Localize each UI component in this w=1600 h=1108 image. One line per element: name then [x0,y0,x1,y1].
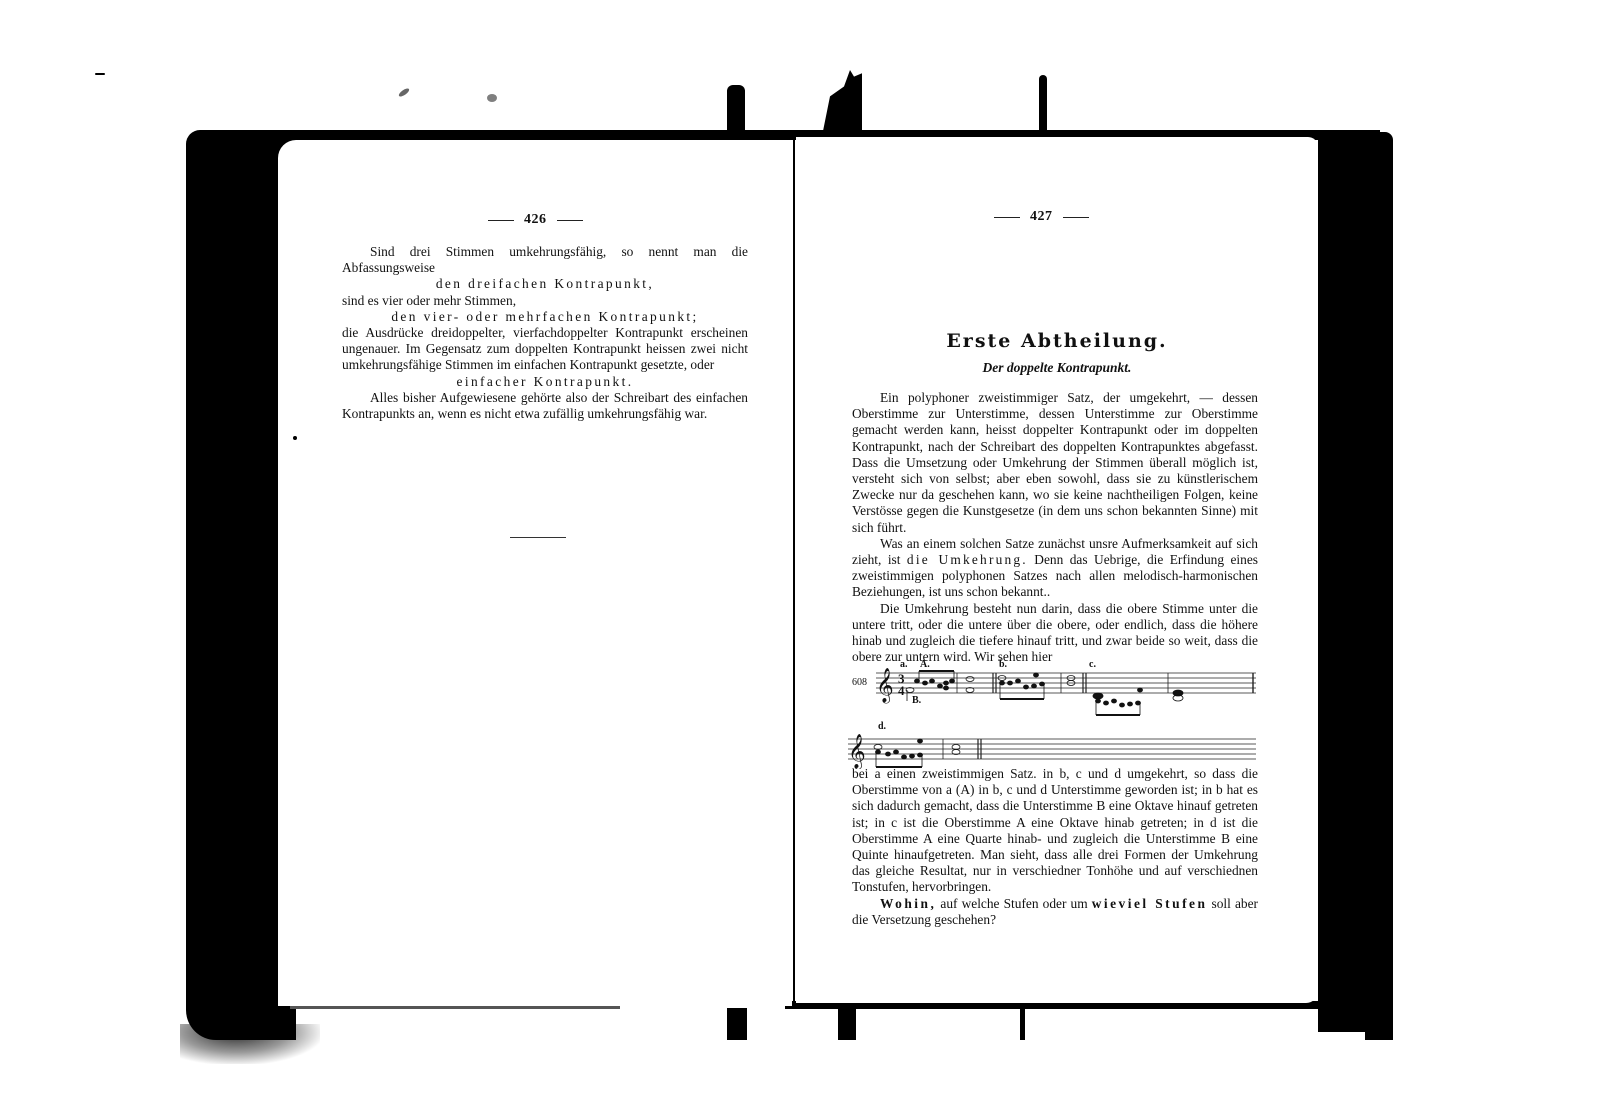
page-clip [1020,1008,1025,1040]
example-label-b: b. [999,659,1007,670]
emphasized-term: wieviel Stufen [1092,896,1208,911]
paragraph: Was an einem solchen Satze zunächst unsr… [852,536,1258,601]
paragraph: bei a einen zweistimmigen Satz. in b, c … [852,766,1258,896]
right-page-body-bottom: bei a einen zweistimmigen Satz. in b, c … [852,766,1258,928]
example-label-c: c. [1089,659,1096,670]
svg-text:4: 4 [898,683,905,698]
svg-text:𝄞: 𝄞 [876,668,894,704]
term-centered: den vier- oder mehrfachen Kontrapunkt; [342,309,748,325]
example-label-a: a. [900,659,908,670]
page-clip [727,1008,747,1040]
margin-mark [293,436,297,440]
emphasized-term: die Umkehrung. [907,552,1028,567]
example-label-A: A. [920,659,930,670]
page-clip [727,85,745,135]
paragraph: Ein polyphoner zweistimmiger Satz, der u… [852,390,1258,536]
page-number-dash [488,220,514,221]
book-spine [793,140,795,1006]
paragraph: sind es vier oder mehr Stimmen, [342,293,748,309]
example-label-d: d. [878,721,886,732]
scan-frame-right [1318,132,1393,1032]
emphasized-term: Wohin, [880,896,936,911]
page-clip [822,70,862,136]
scan-speck [487,94,497,102]
page-number-text: 426 [524,212,547,228]
music-notation: 𝄞 𝄞 3 4 [848,659,1262,769]
term-centered: den dreifachen Kontrapunkt, [342,276,748,292]
paragraph-text: auf welche Stufen oder um [936,896,1091,911]
paragraph: Wohin, auf welche Stufen oder um wieviel… [852,896,1258,928]
page-number: 426 [488,212,583,228]
page-right: 427 Erste Abtheilung. Der doppelte Kontr… [796,137,1318,1003]
paragraph: die Ausdrücke dreidoppelter, vierfachdop… [342,325,748,374]
term-centered: einfacher Kontrapunkt. [342,374,748,390]
example-label-B: B. [912,695,921,706]
paragraph: Sind drei Stimmen umkehrungsfähig, so ne… [342,244,748,276]
page-number-dash [994,217,1020,218]
page-clip [1365,1005,1393,1040]
section-divider [510,537,566,538]
left-page-body: Sind drei Stimmen umkehrungsfähig, so ne… [342,244,748,422]
music-example: 608 [848,659,1262,769]
page-clip [1039,75,1047,135]
page-number: 427 [994,209,1089,225]
paragraph: Die Umkehrung besteht nun darin, dass di… [852,601,1258,666]
right-page-body-top: Ein polyphoner zweistimmiger Satz, der u… [852,390,1258,665]
page-clip [838,1008,856,1040]
page-number-text: 427 [1030,209,1053,225]
page-number-dash [1063,217,1089,218]
paragraph: Alles bisher Aufgewiesene gehörte also d… [342,390,748,422]
scan-speck [95,73,105,75]
page-left: 426 Sind drei Stimmen umkehrungsfähig, s… [278,140,792,1006]
page-number-dash [557,220,583,221]
section-title: Erste Abtheilung. [796,330,1318,352]
scan-speck [398,87,411,98]
scan-frame-bottom-left [290,1006,620,1009]
svg-text:𝄞: 𝄞 [848,734,866,769]
section-subtitle: Der doppelte Kontrapunkt. [796,360,1318,376]
